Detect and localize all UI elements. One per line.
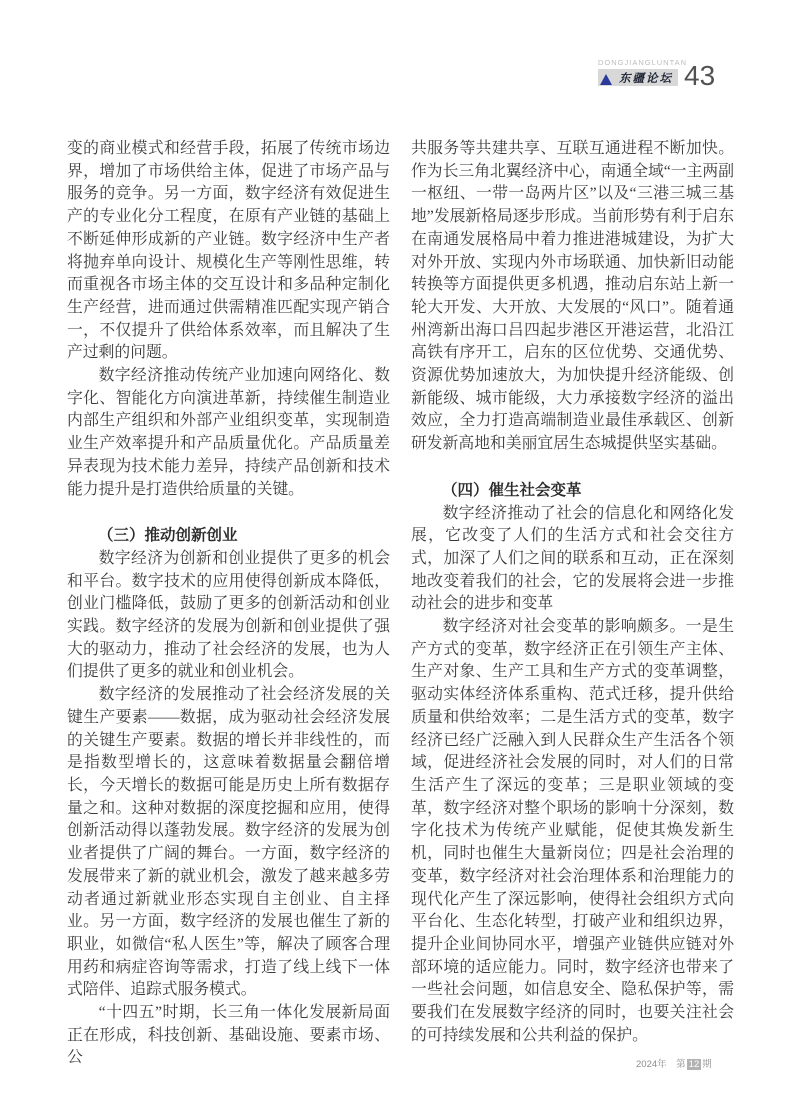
journal-name-cn: 东疆论坛 xyxy=(619,70,673,86)
issue-number: 12 xyxy=(687,1059,702,1070)
issue-footer: 2024年 第12期 xyxy=(636,1056,712,1070)
right-column: 共服务等共建共享、互联互通进程不断加快。作为长三角北翼经济中心，南通全域“一主两… xyxy=(411,138,734,1047)
paragraph: 共服务等共建共享、互联互通进程不断加快。作为长三角北翼经济中心，南通全域“一主两… xyxy=(411,138,734,456)
journal-page: DONGJIANGLUNTAN 东疆论坛 43 变的商业模式和经营手段，拓展了传… xyxy=(0,0,800,1118)
journal-logo-triangle-icon xyxy=(600,74,612,85)
page-number: 43 xyxy=(684,62,715,90)
paragraph: 数字经济的发展推动了社会经济发展的关键生产要素——数据，成为驱动社会经济发展的关… xyxy=(67,684,390,1002)
issue-suffix: 期 xyxy=(702,1059,712,1070)
paragraph: 数字经济对社会变革的影响颇多。一是生产方式的变革，数字经济正在引领生产主体、生产… xyxy=(411,616,734,1047)
paragraph: “十四五”时期，长三角一体化发展新局面正在形成，科技创新、基础设施、要素市场、公 xyxy=(67,1002,390,1070)
journal-name-en: DONGJIANGLUNTAN xyxy=(598,58,678,67)
paragraph: 数字经济为创新和创业提供了更多的机会和平台。数字技术的应用使得创新成本降低，创业… xyxy=(67,548,390,684)
issue-prefix: 第 xyxy=(676,1059,686,1070)
paragraph: 数字经济推动传统产业加速向网络化、数字化、智能化方向演进革新，持续催生制造业内部… xyxy=(67,365,390,501)
section-heading: （四）催生社会变革 xyxy=(411,480,734,503)
issue-year: 2024年 xyxy=(636,1059,667,1070)
paragraph: 变的商业模式和经营手段，拓展了传统市场边界，增加了市场供给主体，促进了市场产品与… xyxy=(67,138,390,365)
paragraph: 数字经济推动了社会的信息化和网络化发展，它改变了人们的生活方式和社会交往方式，加… xyxy=(411,503,734,617)
journal-logo-band: 东疆论坛 xyxy=(598,69,678,86)
section-heading: （三）推动创新创业 xyxy=(67,525,390,548)
left-column: 变的商业模式和经营手段，拓展了传统市场边界，增加了市场供给主体，促进了市场产品与… xyxy=(67,138,390,1070)
